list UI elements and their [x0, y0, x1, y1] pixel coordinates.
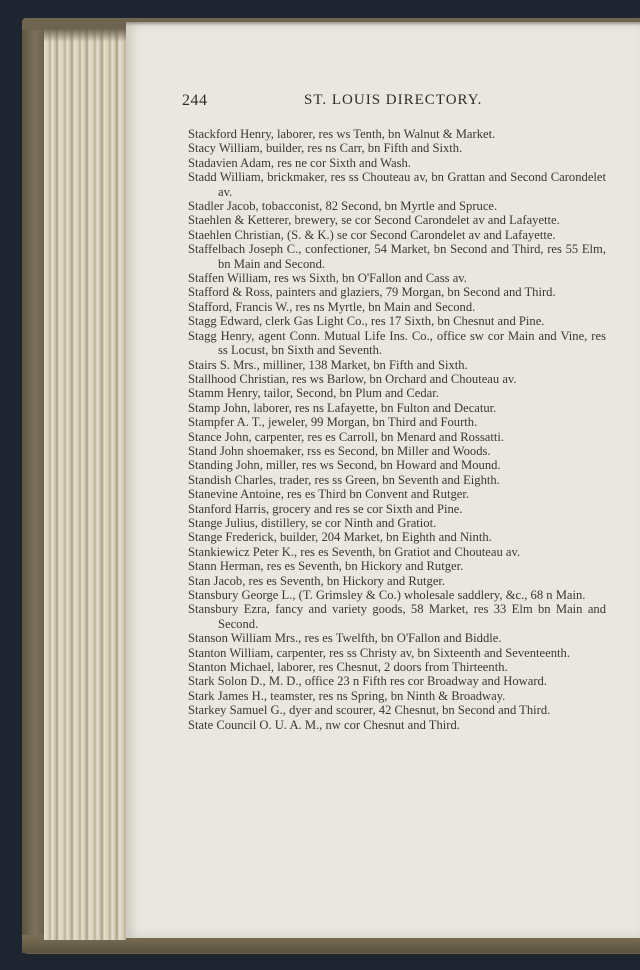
directory-entry: Staehlen Christian, (S. & K.) se cor Sec… [188, 228, 606, 242]
directory-entry: Stadavien Adam, res ne cor Sixth and Was… [188, 156, 606, 170]
directory-entry: Stamm Henry, tailor, Second, bn Plum and… [188, 386, 606, 400]
page-edges [44, 28, 126, 940]
directory-entry: Stampfer A. T., jeweler, 99 Morgan, bn T… [188, 415, 606, 429]
directory-entry: Stankiewicz Peter K., res es Seventh, bn… [188, 545, 606, 559]
page-shadow [126, 22, 640, 26]
directory-entry: Standish Charles, trader, res ss Green, … [188, 473, 606, 487]
directory-entry: Stadler Jacob, tobacconist, 82 Second, b… [188, 199, 606, 213]
directory-entry: Stafford & Ross, painters and glaziers, … [188, 285, 606, 299]
directory-entry: Stange Frederick, builder, 204 Market, b… [188, 530, 606, 544]
running-title: ST. LOUIS DIRECTORY. [304, 92, 482, 109]
directory-entry: Stanson William Mrs., res es Twelfth, bn… [188, 631, 606, 645]
directory-entry: Stacy William, builder, res ns Carr, bn … [188, 141, 606, 155]
directory-entries: Stackford Henry, laborer, res ws Tenth, … [188, 127, 606, 732]
directory-page: 244 ST. LOUIS DIRECTORY. Stackford Henry… [126, 22, 640, 938]
directory-entry: Stanton William, carpenter, res ss Chris… [188, 646, 606, 660]
directory-entry: Stansbury George L., (T. Grimsley & Co.)… [188, 588, 606, 602]
directory-entry: Stackford Henry, laborer, res ws Tenth, … [188, 127, 606, 141]
page-header: 244 ST. LOUIS DIRECTORY. [182, 92, 582, 116]
directory-entry: Stanton Michael, laborer, res Chesnut, 2… [188, 660, 606, 674]
directory-entry: Staffelbach Joseph C., confectioner, 54 … [188, 242, 606, 271]
directory-entry: Stadd William, brickmaker, res ss Choute… [188, 170, 606, 199]
directory-entry: Stansbury Ezra, fancy and variety goods,… [188, 602, 606, 631]
directory-entry: Stand John shoemaker, rss es Second, bn … [188, 444, 606, 458]
directory-entry: Stance John, carpenter, res es Carroll, … [188, 430, 606, 444]
directory-entry: Stanford Harris, grocery and res se cor … [188, 502, 606, 516]
directory-entry: Staehlen & Ketterer, brewery, se cor Sec… [188, 213, 606, 227]
directory-entry: Stallhood Christian, res ws Barlow, bn O… [188, 372, 606, 386]
directory-entry: Standing John, miller, res ws Second, bn… [188, 458, 606, 472]
directory-entry: Starkey Samuel G., dyer and scourer, 42 … [188, 703, 606, 717]
directory-entry: Stark James H., teamster, res ns Spring,… [188, 689, 606, 703]
directory-entry: Stafford, Francis W., res ns Myrtle, bn … [188, 300, 606, 314]
directory-entry: Stamp John, laborer, res ns Lafayette, b… [188, 401, 606, 415]
directory-entry: State Council O. U. A. M., nw cor Chesnu… [188, 718, 606, 732]
directory-entry: Stan Jacob, res es Seventh, bn Hickory a… [188, 574, 606, 588]
directory-entry: Stairs S. Mrs., milliner, 138 Market, bn… [188, 358, 606, 372]
directory-entry: Stanevine Antoine, res es Third bn Conve… [188, 487, 606, 501]
directory-entry: Stark Solon D., M. D., office 23 n Fifth… [188, 674, 606, 688]
book-spine-edge [22, 30, 44, 942]
directory-entry: Stann Herman, res es Seventh, bn Hickory… [188, 559, 606, 573]
page-number: 244 [182, 92, 208, 110]
directory-entry: Staffen William, res ws Sixth, bn O'Fall… [188, 271, 606, 285]
directory-entry: Stagg Edward, clerk Gas Light Co., res 1… [188, 314, 606, 328]
directory-entry: Stagg Henry, agent Conn. Mutual Life Ins… [188, 329, 606, 358]
directory-entry: Stange Julius, distillery, se cor Ninth … [188, 516, 606, 530]
